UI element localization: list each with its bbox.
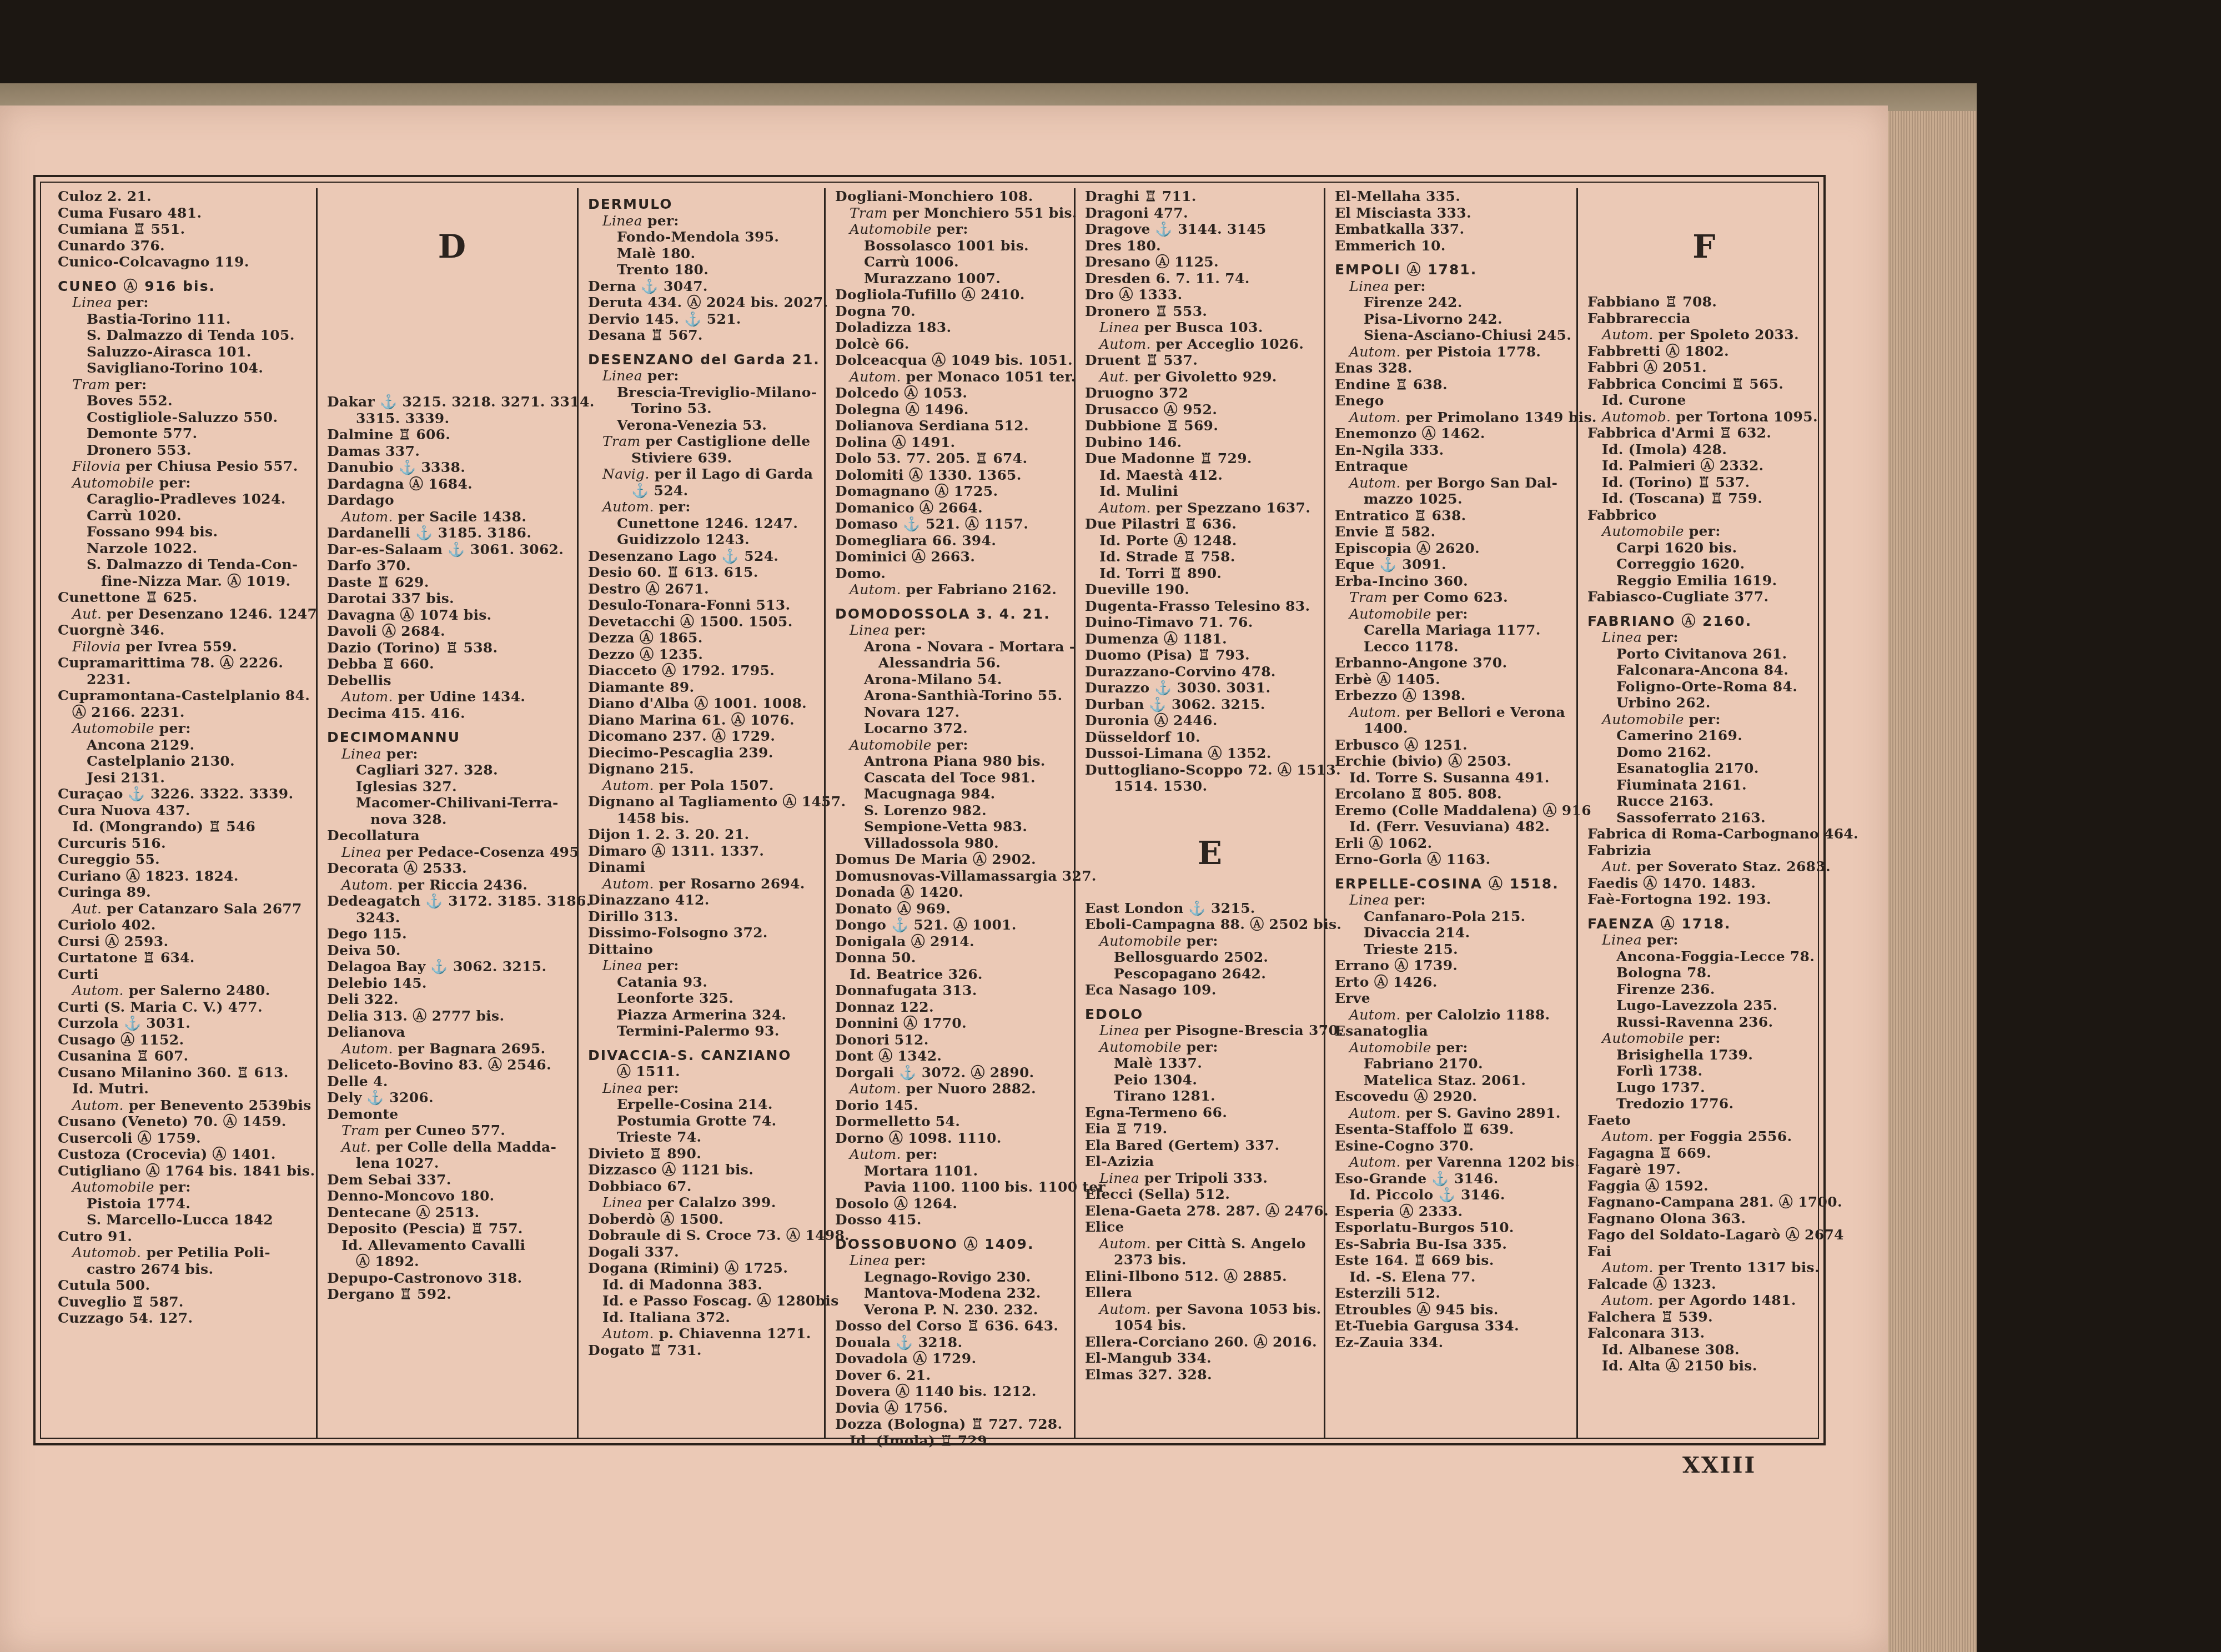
index-entry: Cureggio 55. xyxy=(58,851,313,868)
index-entry: Cursi Ⓐ 2593. xyxy=(58,933,313,950)
index-entry: Domaso ⚓ 521. Ⓐ 1157. xyxy=(835,516,1085,533)
index-entry: Boves 552. xyxy=(58,393,313,409)
index-entry: Erbezzo Ⓐ 1398. xyxy=(1335,687,1585,704)
index-entry: Curiolo 402. xyxy=(58,917,313,933)
index-entry: Entraque xyxy=(1335,458,1585,475)
index-entry: Linea per: xyxy=(1587,629,1821,646)
index-entry: Enego xyxy=(1335,393,1585,409)
index-entry: Dem Sebai 337. xyxy=(327,1172,577,1188)
index-entry: Embatkalla 337. xyxy=(1335,221,1585,238)
index-entry: Escovedu Ⓐ 2920. xyxy=(1335,1088,1585,1105)
index-entry: Davagna Ⓐ 1074 bis. xyxy=(327,607,577,624)
index-entry: Linea per Pedace-Cosenza 495 xyxy=(327,844,577,861)
index-entry: Desulo-Tonara-Fonni 513. xyxy=(588,597,838,614)
index-entry: Autom. per Udine 1434. xyxy=(327,689,577,705)
index-entry: Cusano (Veneto) 70. Ⓐ 1459. xyxy=(58,1113,313,1130)
index-entry: Dugenta-Frasso Telesino 83. xyxy=(1085,598,1335,615)
index-entry: Tram per: xyxy=(58,376,313,393)
index-entry: Dragove ⚓ 3144. 3145 xyxy=(1085,221,1335,238)
index-entry: Automobile per: xyxy=(1085,1039,1335,1056)
index-entry: Carella Mariaga 1177. xyxy=(1335,622,1585,639)
index-entry: Sassoferrato 2163. xyxy=(1587,810,1821,826)
index-entry: Murazzano 1007. xyxy=(835,270,1085,287)
index-entry: fine-Nizza Mar. Ⓐ 1019. xyxy=(58,573,313,590)
index-entry: El-Azizia xyxy=(1085,1153,1335,1170)
index-entry: Delle 4. xyxy=(327,1073,577,1090)
index-entry: Erchie (bivio) Ⓐ 2503. xyxy=(1335,753,1585,770)
index-entry: Dosolo Ⓐ 1264. xyxy=(835,1196,1085,1212)
index-entry: Devetacchi Ⓐ 1500. 1505. xyxy=(588,614,838,630)
index-entry: Dignano 215. xyxy=(588,761,838,777)
index-entry: Autom. per Agordo 1481. xyxy=(1587,1292,1821,1309)
index-entry: Esanatoglia xyxy=(1335,1023,1585,1040)
index-entry: Ancona-Foggia-Lecce 78. xyxy=(1587,948,1821,965)
index-column-7: FFabbiano ♖ 708.FabbrarecciaAutom. per S… xyxy=(1576,188,1821,1438)
index-entry: Forlì 1738. xyxy=(1587,1063,1821,1079)
index-entry: Falconara 313. xyxy=(1587,1325,1821,1342)
section-letter: D xyxy=(327,222,577,272)
index-entry: Linea per Tripoli 333. xyxy=(1085,1170,1335,1187)
index-heading: DECIMOMANNU xyxy=(327,729,577,746)
index-entry: El-Mangub 334. xyxy=(1085,1350,1335,1367)
index-entry: Eremo (Colle Maddalena) Ⓐ 916 xyxy=(1335,802,1585,819)
index-entry: Donna 50. xyxy=(835,950,1085,966)
index-entry: Fabbrica d'Armi ♖ 632. xyxy=(1587,425,1821,441)
index-entry: Rucce 2163. xyxy=(1587,793,1821,810)
index-entry: Aut. per Givoletto 929. xyxy=(1085,369,1335,385)
index-entry: Dirillo 313. xyxy=(588,908,838,925)
index-entry: Dezzo Ⓐ 1235. xyxy=(588,646,838,663)
index-entry: Autom. per Trento 1317 bis. xyxy=(1587,1259,1821,1276)
index-entry: Autom. per Foggia 2556. xyxy=(1587,1128,1821,1145)
index-entry: Deiva 50. xyxy=(327,942,577,959)
index-entry: Dorio 145. xyxy=(835,1097,1085,1114)
index-entry: Diecimo-Pescaglia 239. xyxy=(588,745,838,761)
index-entry: Linea per Busca 103. xyxy=(1085,319,1335,336)
index-heading: DERMULO xyxy=(588,196,838,213)
index-entry: Linea per Calalzo 399. xyxy=(588,1194,838,1211)
index-entry: Dalmine ♖ 606. xyxy=(327,426,577,443)
index-entry: Dussoi-Limana Ⓐ 1352. xyxy=(1085,745,1335,762)
index-entry: Desana ♖ 567. xyxy=(588,327,838,344)
index-entry: Durban ⚓ 3062. 3215. xyxy=(1085,696,1335,713)
index-entry: Automobile per: xyxy=(1587,523,1821,540)
index-entry: Id. (Ferr. Vesuviana) 482. xyxy=(1335,819,1585,835)
index-entry: Carpi 1620 bis. xyxy=(1587,540,1821,556)
index-entry: Cusercoli Ⓐ 1759. xyxy=(58,1130,313,1147)
index-entry: Dardanelli ⚓ 3185. 3186. xyxy=(327,525,577,541)
index-entry: Linea per: xyxy=(835,1252,1085,1269)
index-entry: Ⓐ 1511. xyxy=(588,1063,838,1080)
index-entry: Dubbione ♖ 569. xyxy=(1085,418,1335,434)
index-entry: Autom. per Pistoia 1778. xyxy=(1335,344,1585,360)
index-entry: Caraglio-Pradleves 1024. xyxy=(58,491,313,508)
index-entry: Ellera-Corciano 260. Ⓐ 2016. xyxy=(1085,1334,1335,1350)
index-entry: Ⓐ 1892. xyxy=(327,1253,577,1270)
index-entry: Autom. per Savona 1053 bis. xyxy=(1085,1301,1335,1318)
index-entry: Errano Ⓐ 1739. xyxy=(1335,957,1585,974)
index-entry: Esanatoglia 2170. xyxy=(1587,760,1821,777)
index-entry: 3243. xyxy=(327,910,577,926)
index-entry: Linea per Pisogne-Brescia 370. xyxy=(1085,1022,1335,1039)
index-entry: Automobile per: xyxy=(1335,606,1585,622)
index-entry: Ela Bared (Gertem) 337. xyxy=(1085,1137,1335,1154)
index-entry: Trieste 74. xyxy=(588,1129,838,1146)
index-entry: Antrona Piana 980 bis. xyxy=(835,753,1085,770)
index-entry: Decima 415. 416. xyxy=(327,705,577,722)
index-entry: Dominici Ⓐ 2663. xyxy=(835,549,1085,565)
index-entry: Linea per: xyxy=(1335,892,1585,908)
index-entry: Aut. per Catanzaro Sala 2677 xyxy=(58,901,313,917)
index-entry: Id. Curone xyxy=(1587,392,1821,409)
index-entry: Delianova xyxy=(327,1024,577,1041)
index-entry: Cunettone 1246. 1247. xyxy=(588,515,838,532)
index-entry: Desio 60. ♖ 613. 615. xyxy=(588,564,838,581)
index-entry: Dimaro Ⓐ 1311. 1337. xyxy=(588,843,838,860)
index-entry: Erno-Gorla Ⓐ 1163. xyxy=(1335,851,1585,868)
index-entry: Dolcedo Ⓐ 1053. xyxy=(835,385,1085,401)
index-entry: Divaccia 214. xyxy=(1335,925,1585,941)
index-entry: Dresden 6. 7. 11. 74. xyxy=(1085,270,1335,287)
index-entry: Macomer-Chilivani-Terra- xyxy=(327,795,577,811)
index-entry: Depupo-Castronovo 318. xyxy=(327,1270,577,1287)
index-entry: Tredozio 1776. xyxy=(1587,1096,1821,1112)
index-entry: Autom. per Calolzio 1188. xyxy=(1335,1007,1585,1023)
index-entry: Bellosguardo 2502. xyxy=(1085,949,1335,966)
index-entry: Correggio 1620. xyxy=(1587,556,1821,573)
index-entry: Cutro 91. xyxy=(58,1228,313,1245)
index-entry: Automobile per: xyxy=(835,737,1085,754)
index-entry: Dovadola Ⓐ 1729. xyxy=(835,1350,1085,1367)
index-entry: Deposito (Pescia) ♖ 757. xyxy=(327,1221,577,1237)
index-entry: Id. (Mongrando) ♖ 546 xyxy=(58,819,313,835)
index-entry: Dosso del Corso ♖ 636. 643. xyxy=(835,1318,1085,1334)
index-entry: Cascata del Toce 981. xyxy=(835,770,1085,786)
index-entry: Curcuris 516. xyxy=(58,835,313,852)
index-entry: Costigliole-Saluzzo 550. xyxy=(58,409,313,426)
index-entry: 1400. xyxy=(1335,720,1585,737)
index-entry: Dobraule di S. Croce 73. Ⓐ 1498. xyxy=(588,1227,838,1244)
index-entry: Fabbri Ⓐ 2051. xyxy=(1587,359,1821,376)
index-entry: Leonforte 325. xyxy=(588,990,838,1007)
index-entry: Cuma Fusaro 481. xyxy=(58,205,313,222)
index-entry: Duttogliano-Scoppo 72. Ⓐ 1513. xyxy=(1085,762,1335,779)
index-entry: Cusano Milanino 360. ♖ 613. xyxy=(58,1064,313,1081)
index-entry: Arona - Novara - Mortara - xyxy=(835,639,1085,655)
index-entry: Lugo 1737. xyxy=(1587,1079,1821,1096)
index-entry: Automobile per: xyxy=(1587,1030,1821,1047)
index-entry: Dicomano 237. Ⓐ 1729. xyxy=(588,728,838,745)
index-entry: Druogno 372 xyxy=(1085,385,1335,401)
index-entry: El Misciasta 333. xyxy=(1335,205,1585,222)
index-entry: Dumenza Ⓐ 1181. xyxy=(1085,631,1335,647)
index-entry: Fabbrica Concimi ♖ 565. xyxy=(1587,376,1821,393)
index-entry: Dignano al Tagliamento Ⓐ 1457. xyxy=(588,794,838,810)
index-entry: Automobile per: xyxy=(1587,711,1821,728)
index-entry: Ercolano ♖ 805. 808. xyxy=(1335,786,1585,802)
index-entry xyxy=(327,344,577,360)
index-frame: Culoz 2. 21.Cuma Fusaro 481.Cumiana ♖ 55… xyxy=(33,175,1826,1445)
index-entry: Brisighella 1739. xyxy=(1587,1047,1821,1063)
index-entry: Envie ♖ 582. xyxy=(1335,524,1585,540)
index-entry: Autom. per Riccia 2436. xyxy=(327,877,577,893)
index-entry: Dolomiti Ⓐ 1330. 1365. xyxy=(835,467,1085,484)
index-entry: Automobile per: xyxy=(835,221,1085,238)
index-entry: Autom. per Acceglio 1026. xyxy=(1085,336,1335,353)
index-entry: Deliceto-Bovino 83. Ⓐ 2546. xyxy=(327,1057,577,1073)
index-entry: Dragoni 477. xyxy=(1085,205,1335,222)
index-entry: Falconara-Ancona 84. xyxy=(1587,662,1821,679)
index-entry: Etroubles Ⓐ 945 bis. xyxy=(1335,1302,1585,1318)
index-entry: Curiano Ⓐ 1823. 1824. xyxy=(58,868,313,885)
index-entry: Id. (Imola) ♖ 729. xyxy=(835,1433,1085,1449)
index-entry: Entratico ♖ 638. xyxy=(1335,508,1585,524)
index-entry: Erbanno-Angone 370. xyxy=(1335,655,1585,671)
index-entry: Autom. per Spoleto 2033. xyxy=(1587,327,1821,343)
index-entry: Et-Tuebia Gargusa 334. xyxy=(1335,1318,1585,1334)
index-entry: Linea per: xyxy=(588,368,838,384)
index-entry: Erli Ⓐ 1062. xyxy=(1335,835,1585,852)
index-entry: En-Ngila 333. xyxy=(1335,442,1585,459)
index-entry: Linea per: xyxy=(588,1080,838,1097)
index-entry: Dont Ⓐ 1342. xyxy=(835,1048,1085,1064)
index-entry: Erba-Incino 360. xyxy=(1335,573,1585,590)
index-entry: Stiviere 639. xyxy=(588,450,838,466)
index-entry: Divieto ♖ 890. xyxy=(588,1146,838,1162)
index-entry: Esenta-Staffolo ♖ 639. xyxy=(1335,1121,1585,1138)
index-entry: Darfo 370. xyxy=(327,558,577,574)
index-entry: Id. Allevamento Cavalli xyxy=(327,1237,577,1254)
page-number: XXIII xyxy=(1682,1452,1756,1478)
index-entry: Malè 180. xyxy=(588,245,838,262)
index-entry: Fabbretti Ⓐ 1802. xyxy=(1587,343,1821,360)
index-entry xyxy=(327,327,577,344)
index-entry: Novara 127. xyxy=(835,704,1085,721)
index-entry: Danubio ⚓ 3338. xyxy=(327,459,577,476)
index-entry: Id. Albanese 308. xyxy=(1587,1342,1821,1358)
index-entry: Diamante 89. xyxy=(588,679,838,696)
index-entry: Ez-Zauia 334. xyxy=(1335,1334,1585,1351)
index-entry: Cunardo 376. xyxy=(58,238,313,254)
index-entry: Curaçao ⚓ 3226. 3322. 3339. xyxy=(58,786,313,802)
index-entry: Aut. per Colle della Madda- xyxy=(327,1139,577,1156)
index-entry: Reggio Emilia 1619. xyxy=(1587,573,1821,589)
index-entry: Doladizza 183. xyxy=(835,319,1085,336)
index-heading: DIVACCIA-S. CANZIANO xyxy=(588,1047,838,1064)
index-entry: 3315. 3339. xyxy=(327,410,577,427)
index-entry: Donnini Ⓐ 1770. xyxy=(835,1015,1085,1032)
index-entry: Dogali 337. xyxy=(588,1244,838,1261)
index-entry: Pavia 1100. 1100 bis. 1100 ter xyxy=(835,1179,1085,1196)
index-entry: Deruta 434. Ⓐ 2024 bis. 2027. xyxy=(588,294,838,311)
index-entry: S. Dalmazzo di Tenda-Con- xyxy=(58,556,313,573)
index-entry: Donato Ⓐ 969. xyxy=(835,901,1085,917)
index-entry: Porto Civitanova 261. xyxy=(1587,646,1821,662)
index-entry: Faggia Ⓐ 1592. xyxy=(1587,1178,1821,1194)
index-entry: Tram per Monchiero 551 bis. xyxy=(835,205,1085,222)
index-entry: Curti xyxy=(58,966,313,983)
index-entry: Mantova-Modena 232. xyxy=(835,1285,1085,1302)
index-entry: Dinazzano 412. xyxy=(588,892,838,908)
index-entry: Es-Sabria Bu-Isa 335. xyxy=(1335,1236,1585,1253)
index-entry: Autom. per Bagnara 2695. xyxy=(327,1041,577,1057)
index-entry: Donigala Ⓐ 2914. xyxy=(835,933,1085,950)
index-entry: Egna-Termeno 66. xyxy=(1085,1104,1335,1121)
index-entry: Esine-Cogno 370. xyxy=(1335,1138,1585,1154)
index-entry: Iglesias 327. xyxy=(327,779,577,795)
index-entry: Cutula 500. xyxy=(58,1277,313,1294)
index-entry: Urbino 262. xyxy=(1587,695,1821,711)
index-entry: Curtatone ♖ 634. xyxy=(58,950,313,966)
index-entry: Faè-Fortogna 192. 193. xyxy=(1587,891,1821,908)
index-entry: Elena-Gaeta 278. 287. Ⓐ 2476. xyxy=(1085,1203,1335,1219)
index-entry: Duino-Timavo 71. 76. xyxy=(1085,614,1335,631)
index-entry: Torino 53. xyxy=(588,400,838,417)
index-entry: Sempione-Vetta 983. xyxy=(835,819,1085,835)
index-entry: Cusago Ⓐ 1152. xyxy=(58,1032,313,1048)
index-entry: Fagnano-Campana 281. Ⓐ 1700. xyxy=(1587,1194,1821,1211)
index-entry: Trieste 215. xyxy=(1335,941,1585,958)
index-entry: Fabrica di Roma-Carbognano 464. xyxy=(1587,826,1821,842)
index-entry: Dego 115. xyxy=(327,926,577,942)
index-entry: Id. Italiana 372. xyxy=(588,1309,838,1326)
index-entry: Erve xyxy=(1335,990,1585,1007)
index-entry: Endine ♖ 638. xyxy=(1335,376,1585,393)
index-entry: Esperia Ⓐ 2333. xyxy=(1335,1203,1585,1220)
index-column-3: DERMULOLinea per:Fondo-Mendola 395.Malè … xyxy=(577,188,838,1438)
index-entry: East London ⚓ 3215. xyxy=(1085,900,1335,917)
index-entry: Id. (Imola) 428. xyxy=(1587,441,1821,458)
index-entry: Pescopagano 2642. xyxy=(1085,966,1335,982)
index-entry: Autom. per Primolano 1349 bis. xyxy=(1335,409,1585,426)
index-entry: Id. Maestà 412. xyxy=(1085,467,1335,484)
index-entry: Dar-es-Salaam ⚓ 3061. 3062. xyxy=(327,541,577,558)
index-entry: Dizzasco Ⓐ 1121 bis. xyxy=(588,1162,838,1178)
index-entry: Cagliari 327. 328. xyxy=(327,762,577,779)
index-entry: Autom. per Rosarno 2694. xyxy=(588,876,838,892)
index-entry: Firenze 242. xyxy=(1335,294,1585,311)
index-entry: Id. Porte Ⓐ 1248. xyxy=(1085,533,1335,549)
index-entry: Piazza Armerina 324. xyxy=(588,1007,838,1023)
index-entry: Lugo-Lavezzola 235. xyxy=(1587,997,1821,1014)
index-entry: Firenze 236. xyxy=(1587,981,1821,998)
index-entry: Dresano Ⓐ 1125. xyxy=(1085,254,1335,270)
index-entry: Falcade Ⓐ 1323. xyxy=(1587,1276,1821,1293)
index-entry: Malè 1337. xyxy=(1085,1055,1335,1072)
index-entry: Savigliano-Torino 104. xyxy=(58,360,313,376)
index-entry: Fondo-Mendola 395. xyxy=(588,229,838,245)
index-entry: Ellera xyxy=(1085,1284,1335,1301)
index-entry: Dover 6. 21. xyxy=(835,1367,1085,1384)
index-entry: Dovia Ⓐ 1756. xyxy=(835,1400,1085,1417)
index-entry: Faeto xyxy=(1587,1112,1821,1129)
index-entry: Autom. per Città S. Angelo xyxy=(1085,1236,1335,1252)
index-entry: Jesi 2131. xyxy=(58,770,313,786)
index-entry: Autom. p. Chiavenna 1271. xyxy=(588,1325,838,1342)
index-entry: Eso-Grande ⚓ 3146. xyxy=(1335,1171,1585,1187)
index-entry: Dongo ⚓ 521. Ⓐ 1001. xyxy=(835,917,1085,933)
index-entry: Durazzo ⚓ 3030. 3031. xyxy=(1085,680,1335,696)
index-entry: Autom. per Fabriano 2162. xyxy=(835,581,1085,598)
index-entry: Automobile per: xyxy=(1335,1040,1585,1056)
index-heading: DOSSOBUONO Ⓐ 1409. xyxy=(835,1236,1085,1253)
index-entry: Id. Mulini xyxy=(1085,483,1335,500)
index-entry: Dolegna Ⓐ 1496. xyxy=(835,401,1085,418)
index-entry: Autom. per Bellori e Verona xyxy=(1335,704,1585,721)
index-heading: FAENZA Ⓐ 1718. xyxy=(1587,916,1821,932)
index-entry: Demonte 577. xyxy=(58,425,313,442)
index-entry: Elmas 327. 328. xyxy=(1085,1367,1335,1383)
index-entry: Automob. per Tortona 1095. xyxy=(1587,409,1821,425)
index-entry: Decorata Ⓐ 2533. xyxy=(327,860,577,877)
index-entry: Dogliola-Tufillo Ⓐ 2410. xyxy=(835,287,1085,303)
index-entry: Damas 337. xyxy=(327,443,577,460)
index-entry: Domo. xyxy=(835,565,1085,582)
index-entry: Filovia per Ivrea 559. xyxy=(58,639,313,655)
index-entry: Dinami xyxy=(588,859,838,876)
index-entry: Este 164. ♖ 669 bis. xyxy=(1335,1252,1585,1269)
index-entry: S. Lorenzo 982. xyxy=(835,802,1085,819)
index-entry: Aut. per Desenzano 1246. 1247 xyxy=(58,606,313,622)
index-entry: Pistoia 1774. xyxy=(58,1196,313,1212)
index-entry: Autom. per Monaco 1051 ter. xyxy=(835,369,1085,385)
index-entry: Domusnovas-Villamassargia 327. xyxy=(835,868,1085,885)
index-entry: Donnaz 122. xyxy=(835,999,1085,1016)
index-entry: Tirano 1281. xyxy=(1085,1088,1335,1104)
index-entry: Culoz 2. 21. xyxy=(58,188,313,205)
index-entry: Douala ⚓ 3218. xyxy=(835,1334,1085,1351)
index-entry: Due Pilastri ♖ 636. xyxy=(1085,516,1335,533)
index-entry: Fabrizia xyxy=(1587,842,1821,859)
index-entry: Enemonzo Ⓐ 1462. xyxy=(1335,425,1585,442)
index-entry: Dosso 415. xyxy=(835,1212,1085,1228)
index-entry: Duronia Ⓐ 2446. xyxy=(1085,712,1335,729)
index-entry: Verona P. N. 230. 232. xyxy=(835,1302,1085,1318)
index-entry: Dolina Ⓐ 1491. xyxy=(835,434,1085,451)
index-entry: Druent ♖ 537. xyxy=(1085,352,1335,369)
index-entry: Foligno-Orte-Roma 84. xyxy=(1587,679,1821,695)
index-entry: Cuzzago 54. 127. xyxy=(58,1310,313,1327)
index-entry: castro 2674 bis. xyxy=(58,1261,313,1278)
index-entry: Custoza (Crocevia) Ⓐ 1401. xyxy=(58,1146,313,1163)
index-entry: Aut. per Soverato Staz. 2683. xyxy=(1587,858,1821,875)
section-letter: E xyxy=(1085,828,1335,878)
index-entry: Decollatura xyxy=(327,827,577,844)
index-heading: EMPOLI Ⓐ 1781. xyxy=(1335,262,1585,278)
index-entry: Donada Ⓐ 1420. xyxy=(835,884,1085,901)
index-entry xyxy=(327,377,577,394)
index-entry: Dobbiaco 67. xyxy=(588,1178,838,1195)
index-entry: Catania 93. xyxy=(588,974,838,991)
index-entry: Dogato ♖ 731. xyxy=(588,1342,838,1359)
index-entry: Fossano 994 bis. xyxy=(58,524,313,540)
index-entry: Curzola ⚓ 3031. xyxy=(58,1015,313,1032)
index-entry: El-Mellaha 335. xyxy=(1335,188,1585,205)
index-entry: Faedis Ⓐ 1470. 1483. xyxy=(1587,875,1821,892)
index-entry: Fagarè 197. xyxy=(1587,1161,1821,1178)
index-entry: Fai xyxy=(1587,1243,1821,1260)
index-entry: Dormelletto 54. xyxy=(835,1113,1085,1130)
index-entry: Fabbrareccia xyxy=(1587,310,1821,327)
index-entry: Erpelle-Cosina 214. xyxy=(588,1096,838,1113)
index-entry: Dubino 146. xyxy=(1085,434,1335,451)
index-entry: Dres 180. xyxy=(1085,238,1335,254)
index-entry: Locarno 372. xyxy=(835,720,1085,737)
index-entry: Autom. per Nuoro 2882. xyxy=(835,1081,1085,1097)
index-entry: Darotai 337 bis. xyxy=(327,590,577,607)
index-entry: Saluzzo-Airasca 101. xyxy=(58,344,313,360)
section-letter: F xyxy=(1587,222,1821,272)
